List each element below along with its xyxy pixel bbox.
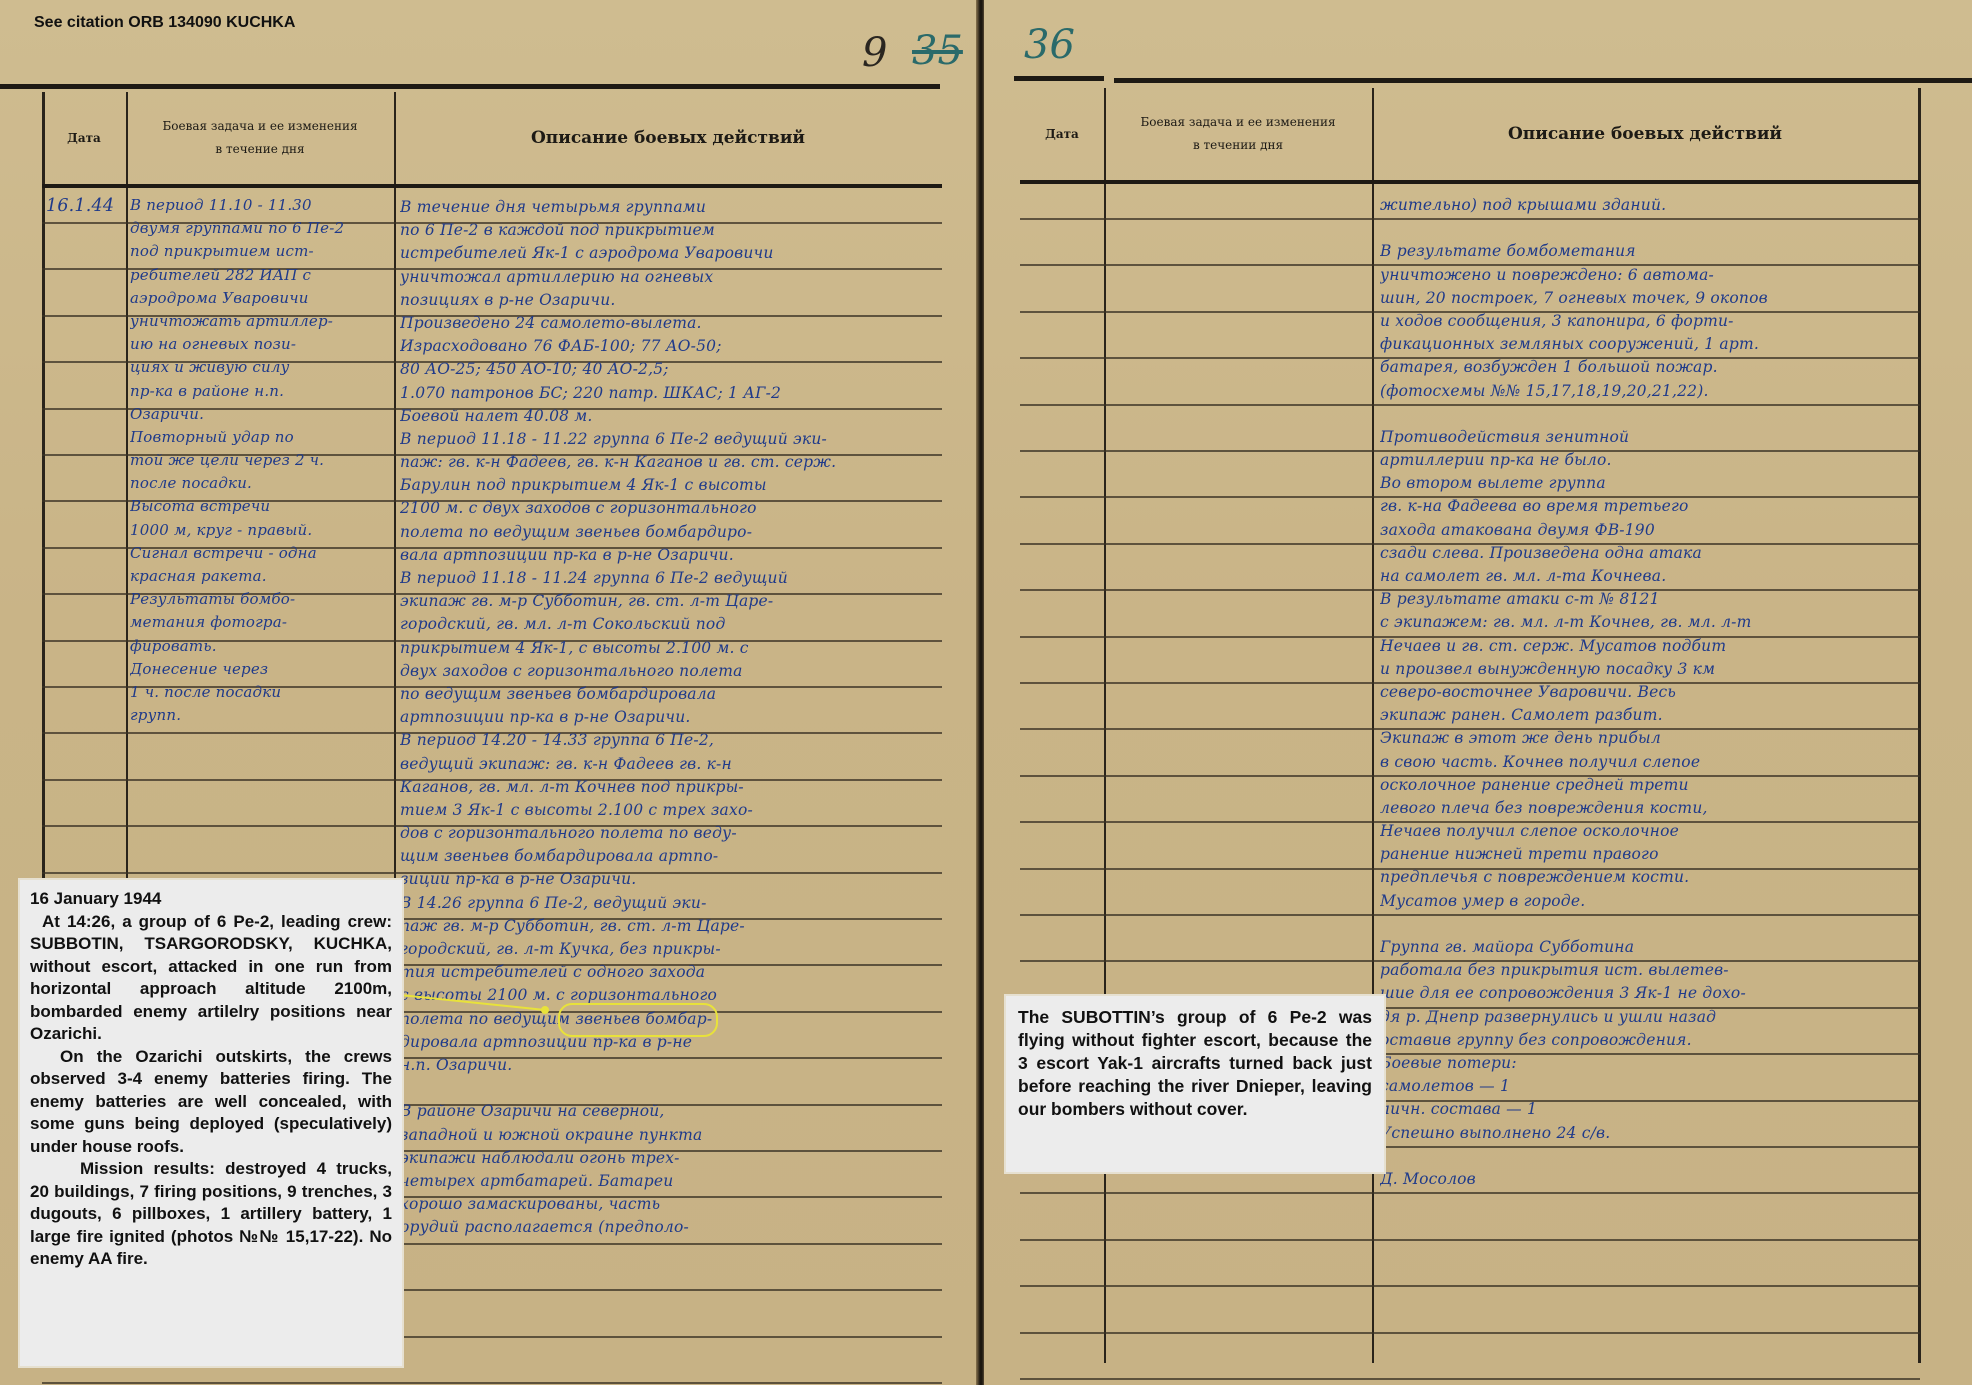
handwritten-line xyxy=(1380,403,1940,426)
handwritten-line xyxy=(1380,913,1940,936)
handwritten-line: 2100 м. с двух заходов с горизонтального xyxy=(400,497,960,520)
page-number-struck: 35 xyxy=(912,28,963,74)
header-description: Описание боевых действий xyxy=(394,92,942,184)
header-date: Дата xyxy=(1020,88,1104,180)
handwritten-line: паж гв. м-р Субботин, гв. ст. л-т Царе- xyxy=(400,915,960,938)
right-page: 36 Дата Боевая задача и ее изменения в т… xyxy=(984,0,1972,1385)
handwritten-line: Донесение через xyxy=(130,658,392,681)
handwritten-line xyxy=(1380,1145,1940,1168)
handwritten-line: тия истребителей с одного захода xyxy=(400,961,960,984)
handwritten-line: н.п. Озаричи. xyxy=(400,1054,960,1077)
ruled-line xyxy=(1020,1239,1920,1241)
page-number-right: 36 xyxy=(1024,22,1075,68)
handwritten-line: В 14.26 группа 6 Пе-2, ведущий эки- xyxy=(400,892,960,915)
citation-label: See citation ORB 134090 KUCHKA xyxy=(34,14,295,32)
top-rule xyxy=(1114,78,1972,83)
handwritten-line: артиллерии пр-ка не было. xyxy=(1380,449,1940,472)
handwritten-line: Высота встречи xyxy=(130,495,392,518)
handwritten-line: уничтожать артиллер- xyxy=(130,310,392,333)
handwritten-line: Противодействия зенитной xyxy=(1380,426,1940,449)
note-paragraph: On the Ozarichi outskirts, the crews obs… xyxy=(30,1046,392,1159)
handwritten-line: фировать. xyxy=(130,635,392,658)
handwritten-line: по ведущим звеньев бомбардировала xyxy=(400,683,960,706)
combat-description-text: В течение дня четырьмя группамипо 6 Пе-2… xyxy=(400,196,960,1239)
ruled-line xyxy=(1020,1378,1920,1380)
handwritten-line: осколочное ранение средней трети xyxy=(1380,774,1940,797)
ruled-line xyxy=(1020,1192,1920,1194)
handwritten-line: зиции пр-ка в р-не Озаричи. xyxy=(400,868,960,891)
handwritten-line: экипаж ранен. Самолет разбит. xyxy=(1380,704,1940,727)
note-text: The SUBOTTIN’s group of 6 Pe-2 was flyin… xyxy=(1018,1006,1372,1121)
handwritten-line: Израсходовано 76 ФАБ-100; 77 АО-50; xyxy=(400,335,960,358)
handwritten-line: шин, 20 построек, 7 огневых точек, 9 око… xyxy=(1380,287,1940,310)
handwritten-line: Экипаж в этот же день прибыл xyxy=(1380,727,1940,750)
handwritten-line: В течение дня четырьмя группами xyxy=(400,196,960,219)
handwritten-line: вала артпозиции пр-ка в р-не Озаричи. xyxy=(400,544,960,567)
header-task: Боевая задача и ее изменения в течение д… xyxy=(126,92,394,184)
ruled-line xyxy=(42,1382,942,1384)
handwritten-line: Каганов, гв. мл. л-т Кочнев под прикры- xyxy=(400,776,960,799)
header-task-line2: в течении дня xyxy=(1193,134,1283,157)
handwritten-line: ребителей 282 ИАП с xyxy=(130,264,392,287)
handwritten-line: дя р. Днепр развернулись и ушли назад xyxy=(1380,1006,1940,1029)
handwritten-line: Боевой налет 40.08 м. xyxy=(400,405,960,428)
handwritten-line: экипажи наблюдали огонь трех- xyxy=(400,1147,960,1170)
page-number-left: 9 xyxy=(862,30,887,76)
handwritten-line: В результате атаки с-т № 8121 xyxy=(1380,588,1940,611)
handwritten-line: Нечаев и гв. ст. серж. Мусатов подбит xyxy=(1380,635,1940,658)
handwritten-line: самолетов — 1 xyxy=(1380,1075,1940,1098)
handwritten-line: групп. xyxy=(130,704,392,727)
handwritten-line: В районе Озаричи на северной, xyxy=(400,1100,960,1123)
handwritten-line: с экипажем: гв. мл. л-т Кочнев, гв. мл. … xyxy=(1380,611,1940,634)
handwritten-line: сзади слева. Произведена одна атака xyxy=(1380,542,1940,565)
handwritten-line: городский, гв. мл. л-т Сокольский под xyxy=(400,613,960,636)
handwritten-line: двух заходов с горизонтального полета xyxy=(400,660,960,683)
ruled-line xyxy=(1020,1332,1920,1334)
handwritten-line: дов с горизонтального полета по веду- xyxy=(400,822,960,845)
handwritten-line: Успешно выполнено 24 с/в. xyxy=(1380,1122,1940,1145)
header-description: Описание боевых действий xyxy=(1372,88,1918,180)
translation-note-left: 16 January 1944 At 14:26, a group of 6 P… xyxy=(18,878,404,1368)
top-rule-short xyxy=(1014,76,1104,81)
handwritten-line: той же цели через 2 ч. xyxy=(130,449,392,472)
left-page: See citation ORB 134090 KUCHKA 9 35 Дата… xyxy=(0,0,980,1385)
combat-description-text: жительно) под крышами зданий. В результа… xyxy=(1380,194,1940,1191)
handwritten-line: метания фотогра- xyxy=(130,611,392,634)
handwritten-line: левого плеча без повреждения кости, xyxy=(1380,797,1940,820)
top-rule xyxy=(0,84,940,89)
handwritten-line: под прикрытием ист- xyxy=(130,240,392,263)
handwritten-line: четырех артбатарей. Батареи xyxy=(400,1170,960,1193)
handwritten-line: пр-ка в районе н.п. xyxy=(130,380,392,403)
handwritten-line: Повторный удар по xyxy=(130,426,392,449)
handwritten-line: двумя группами по 6 Пе-2 xyxy=(130,217,392,240)
handwritten-line: ию на огневых пози- xyxy=(130,333,392,356)
handwritten-line: прикрытием 4 Як-1, с высоты 2.100 м. с xyxy=(400,637,960,660)
handwritten-line: шие для ее сопровождения 3 Як-1 не дохо- xyxy=(1380,982,1940,1005)
handwritten-line: экипаж гв. м-р Субботин, гв. ст. л-т Цар… xyxy=(400,590,960,613)
kuchka-highlight-oval xyxy=(558,1003,718,1037)
handwritten-line: 1000 м, круг - правый. xyxy=(130,519,392,542)
handwritten-line: после посадки. xyxy=(130,472,392,495)
handwritten-line: личн. состава — 1 xyxy=(1380,1098,1940,1121)
note-paragraph: Mission results: destroyed 4 trucks, 20 … xyxy=(30,1158,392,1271)
handwritten-line: В период 11.18 - 11.22 группа 6 Пе-2 вед… xyxy=(400,428,960,451)
handwritten-line: Результаты бомбо- xyxy=(130,588,392,611)
handwritten-line: В результате бомбометания xyxy=(1380,240,1940,263)
handwritten-line: фикационных земляных сооружений, 1 арт. xyxy=(1380,333,1940,356)
handwritten-line: 80 АО-25; 450 АО-10; 40 АО-2,5; xyxy=(400,358,960,381)
header-task-line1: Боевая задача и ее изменения xyxy=(1140,111,1335,134)
handwritten-line: по 6 Пе-2 в каждой под прикрытием xyxy=(400,219,960,242)
handwritten-line: северо-восточнее Уваровичи. Весь xyxy=(1380,681,1940,704)
handwritten-line: паж: гв. к-н Фадеев, гв. к-н Каганов и г… xyxy=(400,451,960,474)
handwritten-line: ведущий экипаж: гв. к-н Фадеев гв. к-н xyxy=(400,753,960,776)
handwritten-line: В период 11.18 - 11.24 группа 6 Пе-2 вед… xyxy=(400,567,960,590)
note-title: 16 January 1944 xyxy=(30,888,392,911)
date-entry: 16.1.44 xyxy=(46,196,114,216)
handwritten-line: Мусатов умер в городе. xyxy=(1380,890,1940,913)
handwritten-line: Боевые потери: xyxy=(1380,1052,1940,1075)
handwritten-line: уничтожено и повреждено: 6 автома- xyxy=(1380,264,1940,287)
handwritten-line: батарея, возбужден 1 большой пожар. xyxy=(1380,356,1940,379)
handwritten-line: и произвел вынужденную посадку 3 км xyxy=(1380,658,1940,681)
handwritten-line: городский, гв. л-т Кучка, без прикры- xyxy=(400,938,960,961)
handwritten-line: предплечья с повреждением кости. xyxy=(1380,866,1940,889)
handwritten-line: тием 3 Як-1 с высоты 2.100 с трех захо- xyxy=(400,799,960,822)
handwritten-line: и ходов сообщения, 3 капонира, 6 форти- xyxy=(1380,310,1940,333)
handwritten-line: Во втором вылете группа xyxy=(1380,472,1940,495)
handwritten-line: ранение нижней трети правого xyxy=(1380,843,1940,866)
handwritten-line: оставив группу без сопровождения. xyxy=(1380,1029,1940,1052)
handwritten-line: артпозиции пр-ка в р-не Озаричи. xyxy=(400,706,960,729)
header-task-line1: Боевая задача и ее изменения xyxy=(162,115,357,138)
handwritten-line: 1.070 патронов БС; 220 патр. ШКАС; 1 АГ-… xyxy=(400,382,960,405)
handwritten-line: Озаричи. xyxy=(130,403,392,426)
handwritten-line: западной и южной окраине пункта xyxy=(400,1124,960,1147)
handwritten-line: полета по ведущим звеньев бомбардиро- xyxy=(400,521,960,544)
handwritten-line: 1 ч. после посадки xyxy=(130,681,392,704)
handwritten-line: Сигнал встречи - одна xyxy=(130,542,392,565)
handwritten-line xyxy=(1380,217,1940,240)
handwritten-line: В период 14.20 - 14.33 группа 6 Пе-2, xyxy=(400,729,960,752)
handwritten-line: циях и живую силу xyxy=(130,356,392,379)
handwritten-line: Нечаев получил слепое осколочное xyxy=(1380,820,1940,843)
handwritten-line: Произведено 24 самолето-вылета. xyxy=(400,312,960,335)
ruled-line xyxy=(1020,1285,1920,1287)
handwritten-line: в свою часть. Кочнев получил слепое xyxy=(1380,751,1940,774)
handwritten-line: жительно) под крышами зданий. xyxy=(1380,194,1940,217)
combat-task-text: В период 11.10 - 11.30двумя группами по … xyxy=(130,194,392,727)
handwritten-line: хорошо замаскированы, часть xyxy=(400,1193,960,1216)
handwritten-line: работала без прикрытия ист. вылетев- xyxy=(1380,959,1940,982)
handwritten-line: истребителей Як-1 с аэродрома Уваровичи xyxy=(400,242,960,265)
handwritten-line: В период 11.10 - 11.30 xyxy=(130,194,392,217)
handwritten-line: Д. Мосолов xyxy=(1380,1168,1940,1191)
handwritten-line: (фотосхемы №№ 15,17,18,19,20,21,22). xyxy=(1380,380,1940,403)
handwritten-line: на самолет гв. мл. л-та Кочнева. xyxy=(1380,565,1940,588)
header-task-line2: в течение дня xyxy=(215,138,304,161)
handwritten-line: Группа гв. майора Субботина xyxy=(1380,936,1940,959)
handwritten-line: красная ракета. xyxy=(130,565,392,588)
header-date: Дата xyxy=(42,92,126,184)
handwritten-line: аэродрома Уваровичи xyxy=(130,287,392,310)
handwritten-line: Барулин под прикрытием 4 Як-1 с высоты xyxy=(400,474,960,497)
note-paragraph: At 14:26, a group of 6 Pe-2, leading cre… xyxy=(30,911,392,1046)
handwritten-line: уничтожал артиллерию на огневых xyxy=(400,266,960,289)
header-task: Боевая задача и ее изменения в течении д… xyxy=(1104,88,1372,180)
handwritten-line: захода атакована двумя ФВ-190 xyxy=(1380,519,1940,542)
handwritten-line: гв. к-на Фадеева во время третьего xyxy=(1380,495,1940,518)
handwritten-line xyxy=(400,1077,960,1100)
handwritten-line: щим звеньев бомбардировала артпо- xyxy=(400,845,960,868)
handwritten-line: орудий располагается (предполо- xyxy=(400,1216,960,1239)
translation-note-right: The SUBOTTIN’s group of 6 Pe-2 was flyin… xyxy=(1004,994,1386,1174)
handwritten-line: позициях в р-не Озаричи. xyxy=(400,289,960,312)
